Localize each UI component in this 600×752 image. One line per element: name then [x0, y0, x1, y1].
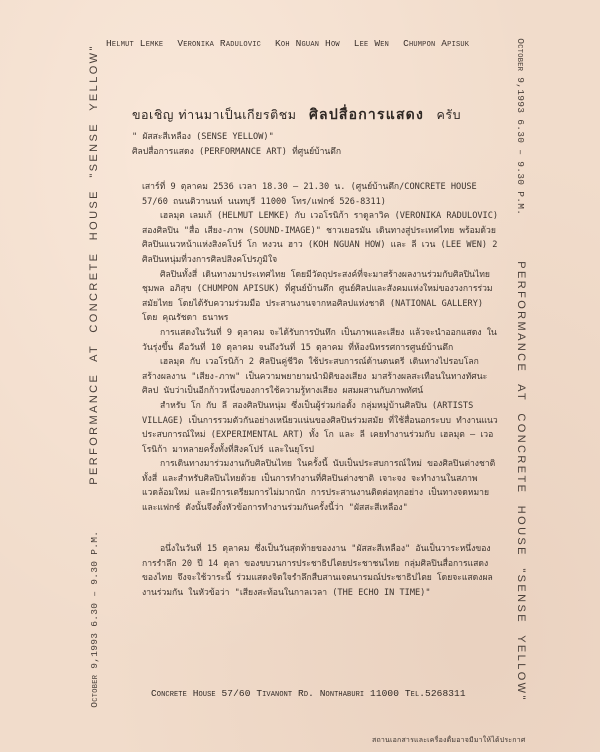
artist-name: Helmut Lemke — [106, 38, 163, 49]
artist-name: Veronika Radulovic — [177, 38, 261, 49]
right-vertical-banner: October 9,1993 6.30 – 9.30 P.M. Performa… — [515, 38, 527, 702]
invitation-prefix: ขอเชิญ ท่านมาเป็นเกียรติชม — [132, 107, 296, 122]
artist-name: Chumpon Apisuk — [403, 38, 469, 49]
artist-name: Koh Nguan How — [275, 38, 340, 49]
right-banner-title: Performance at Concrete House "Sense Yel… — [515, 261, 527, 701]
invitation-highlight: ศิลปสื่อการแสดง — [309, 107, 424, 123]
footer-note: สถานเอกสารและเครื่องดื่มอาจมีมาให้ได้ประ… — [372, 735, 525, 746]
left-vertical-banner: October 9,1993 6.30 – 9.30 P.M. Performa… — [88, 44, 100, 708]
subtitle-line-2: ศิลปสื่อการแสดง (PERFORMANCE ART) ที่ศูน… — [132, 145, 492, 160]
body-paragraph: ศิลปินทั้งสี่ เดินทางมาประเทศไทย โดยมีวั… — [142, 268, 502, 326]
body-paragraph: เฮลมุต กับ เวอโรนิก้า 2 ศิลปินคู่ชีวิต ใ… — [142, 355, 502, 399]
body-paragraph: เฮลมุต เลมเก้ (HELMUT LEMKE) กับ เวอโรนิ… — [142, 209, 502, 267]
body-paragraph-date-venue: เสาร์ที่ 9 ตุลาคม 2536 เวลา 18.30 – 21.3… — [142, 180, 502, 209]
invitation-line: ขอเชิญ ท่านมาเป็นเกียรติชม ศิลปสื่อการแส… — [132, 104, 461, 126]
event-subtitle: " ผัสสะสีเหลือง (SENSE YELLOW)" ศิลปสื่อ… — [132, 130, 492, 159]
artist-names-header: Helmut Lemke Veronika Radulovic Koh Ngua… — [106, 38, 526, 49]
body-paragraph: การเดินทางมาร่วมงานกับศิลปินไทย ในครั้งน… — [142, 457, 502, 515]
body-paragraph: สำหรับ โก กับ ลี สองศิลปินหนุ่ม ซึ่งเป็น… — [142, 399, 502, 457]
body-text: เสาร์ที่ 9 ตุลาคม 2536 เวลา 18.30 – 21.3… — [142, 180, 502, 516]
artist-name: Lee Wen — [354, 38, 389, 49]
left-banner-title: Performance at Concrete House "Sense Yel… — [88, 44, 100, 484]
subtitle-line-1: " ผัสสะสีเหลือง (SENSE YELLOW)" — [132, 130, 492, 145]
right-banner-date: October 9,1993 6.30 – 9.30 P.M. — [515, 38, 526, 215]
flyer-page: Helmut Lemke Veronika Radulovic Koh Ngua… — [0, 0, 600, 752]
left-banner-date: October 9,1993 6.30 – 9.30 P.M. — [89, 531, 100, 708]
footer-address: Concrete House 57/60 Tivanont Rd. Nontha… — [151, 688, 466, 699]
invitation-suffix: ครับ — [437, 107, 462, 122]
closing-text: อนึ่งในวันที่ 15 ตุลาคม ซึ่งเป็นวันสุดท้… — [142, 542, 502, 600]
body-paragraph: การแสดงในวันที่ 9 ตุลาคม จะได้รับการบันท… — [142, 326, 502, 355]
closing-paragraph: อนึ่งในวันที่ 15 ตุลาคม ซึ่งเป็นวันสุดท้… — [142, 542, 502, 600]
